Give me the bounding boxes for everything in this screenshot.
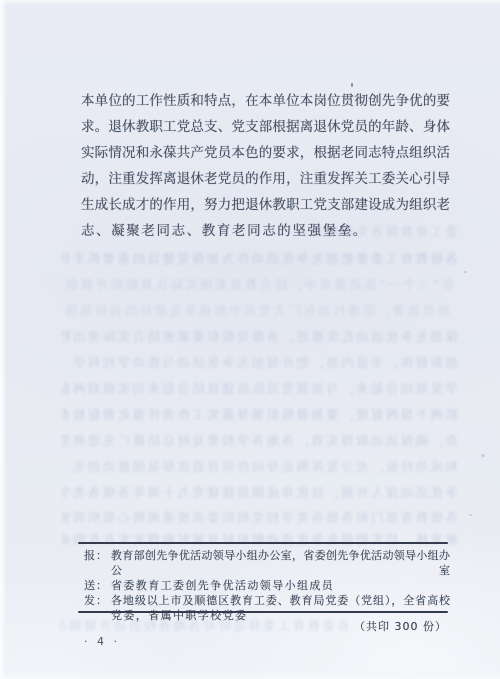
scan-edge-bottom	[0, 671, 500, 679]
distribution-rule-top	[78, 542, 448, 544]
scan-edge-left	[0, 0, 6, 679]
bleed-through-line: 动员部署，迅速行动在广大党员中形成争先进位的良好氛围确保	[62, 303, 450, 318]
paragraph-line: 求。退休教职工党总支、党支部根据离退休党员的年龄、身体等	[81, 114, 450, 140]
paragraph-line: 生成长成才的作用，努力把退休教职工党支部建设成为组织老同	[81, 192, 450, 218]
bleed-through-line: 学发展结合起来，与加强党员队伍建设结合起来切实做到两促进	[62, 381, 458, 396]
body-paragraph: 本单位的工作性质和特点，在本单位本岗位贯彻创先争优的要 求。退休教职工党总支、党…	[81, 88, 450, 244]
scan-speck	[464, 271, 467, 273]
bleed-through-line: 各级教育部门和各级各类学校党组织要高度重视精心组织周密安	[62, 510, 458, 525]
print-count: （共印 300 份）	[354, 618, 447, 634]
paragraph-line: 志、凝聚老同志、教育老同志的坚强堡垒。	[81, 218, 450, 244]
issue-text-line1: 各地级以上市及顺德区教育工委、教育局党委（党组），全省高校	[111, 593, 450, 608]
distribution-row-send: 送： 省委教育工委创先争优活动领导小组成员	[84, 578, 450, 593]
bleed-through-line: 抓两不误两促进，要加强组织领导落实工作责任强化督促检查确	[62, 407, 458, 422]
distribution-row-report: 报： 教育部创先争优活动领导小组办公室，省委创先争优活动领导小组办公室	[84, 548, 450, 578]
bleed-through-line: 各级教育工委要把创先争优活动作为加强党建设的重要抓手切实	[62, 251, 458, 266]
bleed-through-line: 争优活动深入开展，以优异成绩迎接建党九十周年各级各类学校	[62, 485, 458, 500]
send-text: 省委教育工委创先争优活动领导小组成员	[111, 578, 450, 593]
distribution-rule-bottom	[78, 611, 448, 613]
scan-speck	[481, 454, 485, 457]
paragraph-line: 实际情况和永葆共产党员本色的要求，根据老同志特点组织活	[81, 140, 450, 166]
scan-speck	[351, 83, 353, 87]
bleed-through-line: 在“三个一”活动要求中，结合教育系统实际认真组织开展创先	[62, 277, 454, 292]
bleed-through-line: 创新载体，丰富内容，把开展创先争优活动与推动学校科学发展	[74, 355, 458, 370]
scan-edge-top	[0, 0, 500, 5]
bleed-through-line: 和成功经验，充分发挥舆论导向作用营造浓厚氛围推动创先争优	[70, 459, 458, 474]
send-label: 送：	[84, 578, 111, 593]
scan-speck	[469, 514, 472, 516]
report-text: 教育部创先争优活动领导小组办公室，省委创先争优活动领导小组办公室	[111, 548, 450, 578]
page-number: · 4 ·	[84, 635, 120, 648]
report-label: 报：	[84, 548, 111, 563]
bleed-through-line: 查，确保活动取得实效，各地各学校要及时总结推广先进典型和	[62, 433, 458, 448]
paragraph-line: 动，注重发挥离退休老党员的作用，注重发挥关工委关心引导学	[81, 166, 450, 192]
scanned-document-page: 委工育教级各先创展开入深 各级教育工委要把创先争优活动作为加强党建设的重要抓手切…	[0, 0, 500, 679]
bleed-through-line: 保创先争优活动扎实推进，各级党组织要紧密结合实际突出特色	[62, 329, 458, 344]
paragraph-line: 本单位的工作性质和特点，在本单位本岗位贯彻创先争优的要	[81, 88, 450, 114]
issue-label: 发：	[84, 593, 111, 608]
